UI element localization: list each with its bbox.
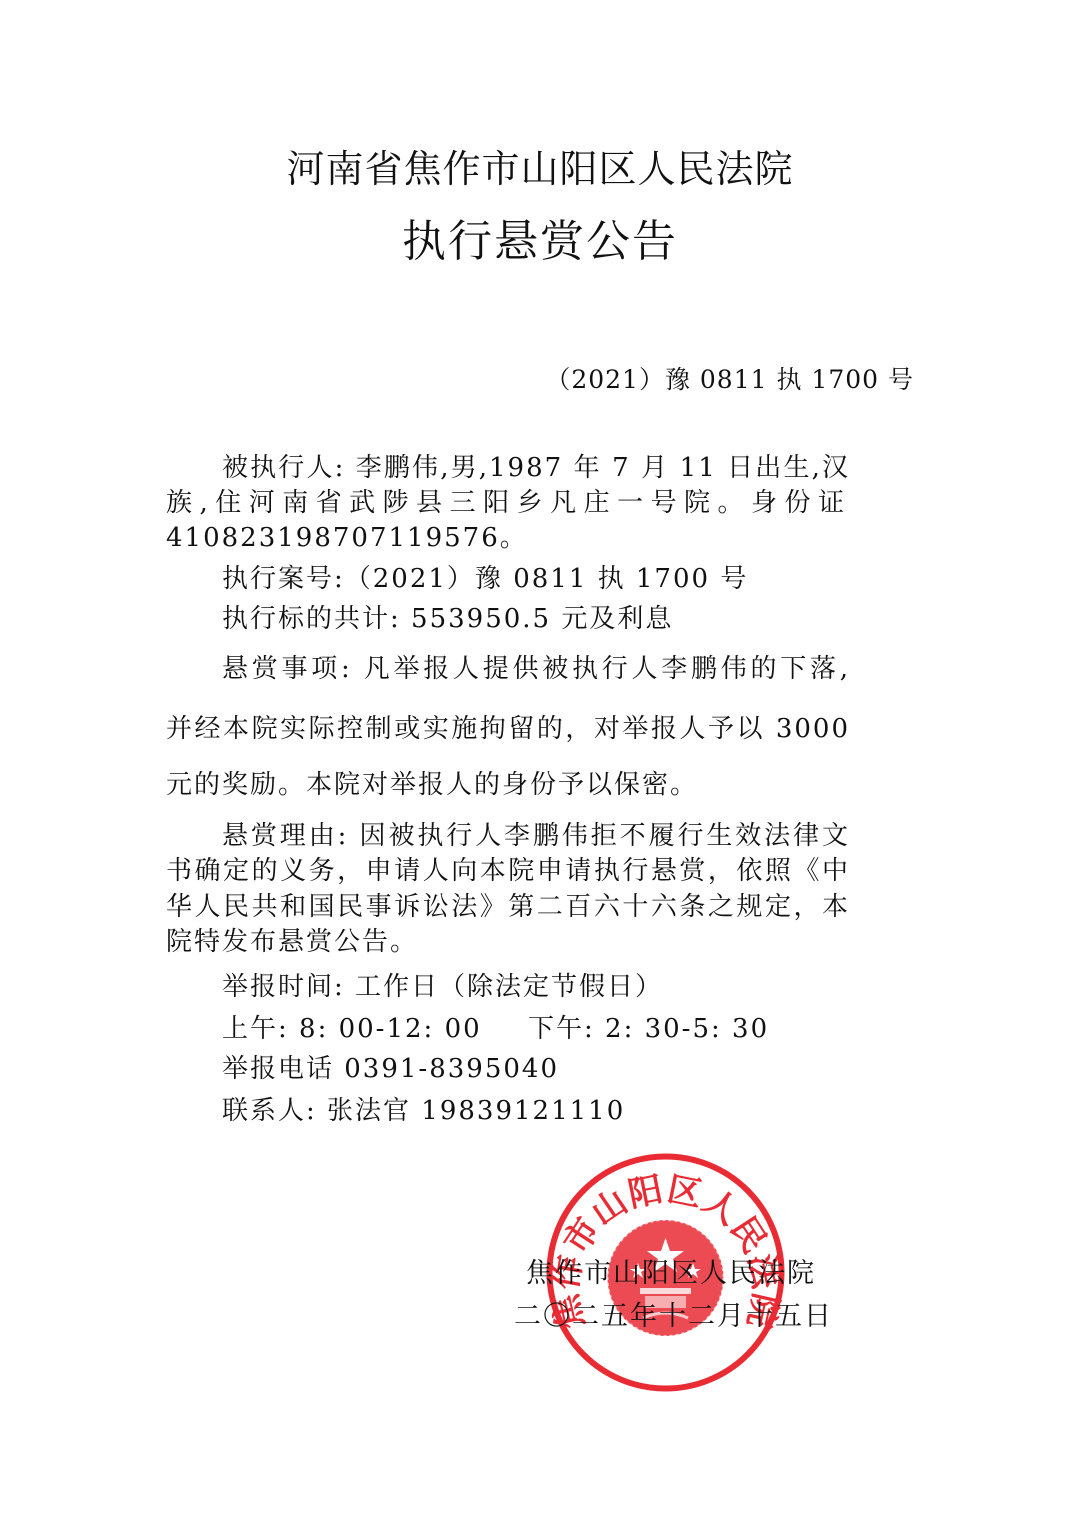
signature-court-name: 焦作市山阳区人民法院 [526, 1251, 816, 1290]
execution-case-number: 执行案号:（2021）豫 0811 执 1700 号 [222, 558, 748, 595]
respondent-id-number: 410823198707119576。 [166, 517, 528, 554]
reward-reason-line-4: 院特发布悬赏公告。 [166, 921, 418, 958]
reward-reason-line-1: 悬赏理由: 因被执行人李鹏伟拒不履行生效法律文 [222, 815, 850, 852]
morning-hours: 上午: 8: 00-12: 00 [222, 1008, 482, 1045]
reward-matter-line-1: 悬赏事项: 凡举报人提供被执行人李鹏伟的下落, [222, 648, 850, 685]
respondent-line-1: 被执行人: 李鹏伟,男,1987 年 7 月 11 日出生,汉 [222, 447, 850, 484]
document-title: 执行悬赏公告 [0, 205, 1080, 269]
respondent-line-2: 族,住河南省武陟县三阳乡凡庄一号院。身份证 [166, 482, 850, 519]
reward-reason-line-3: 华人民共和国民事诉讼法》第二百六十六条之规定，本 [166, 886, 850, 923]
reward-matter-line-3: 元的奖励。本院对举报人的身份予以保密。 [166, 764, 698, 801]
execution-amount: 执行标的共计: 553950.5 元及利息 [222, 598, 673, 635]
signature-date: 二〇二五年十二月十五日 [514, 1294, 833, 1333]
contact-person: 联系人: 张法官 19839121110 [222, 1090, 625, 1127]
afternoon-hours: 下午: 2: 30-5: 30 [528, 1008, 769, 1045]
reward-matter-line-2: 并经本院实际控制或实施拘留的，对举报人予以 3000 [166, 708, 850, 745]
court-name-heading: 河南省焦作市山阳区人民法院 [0, 138, 1080, 193]
report-time: 举报时间: 工作日（除法定节假日） [222, 966, 663, 1003]
reward-reason-line-2: 书确定的义务，申请人向本院申请执行悬赏，依照《中 [166, 850, 850, 887]
case-number: （2021）豫 0811 执 1700 号 [545, 360, 914, 396]
report-phone: 举报电话 0391-8395040 [222, 1048, 559, 1085]
